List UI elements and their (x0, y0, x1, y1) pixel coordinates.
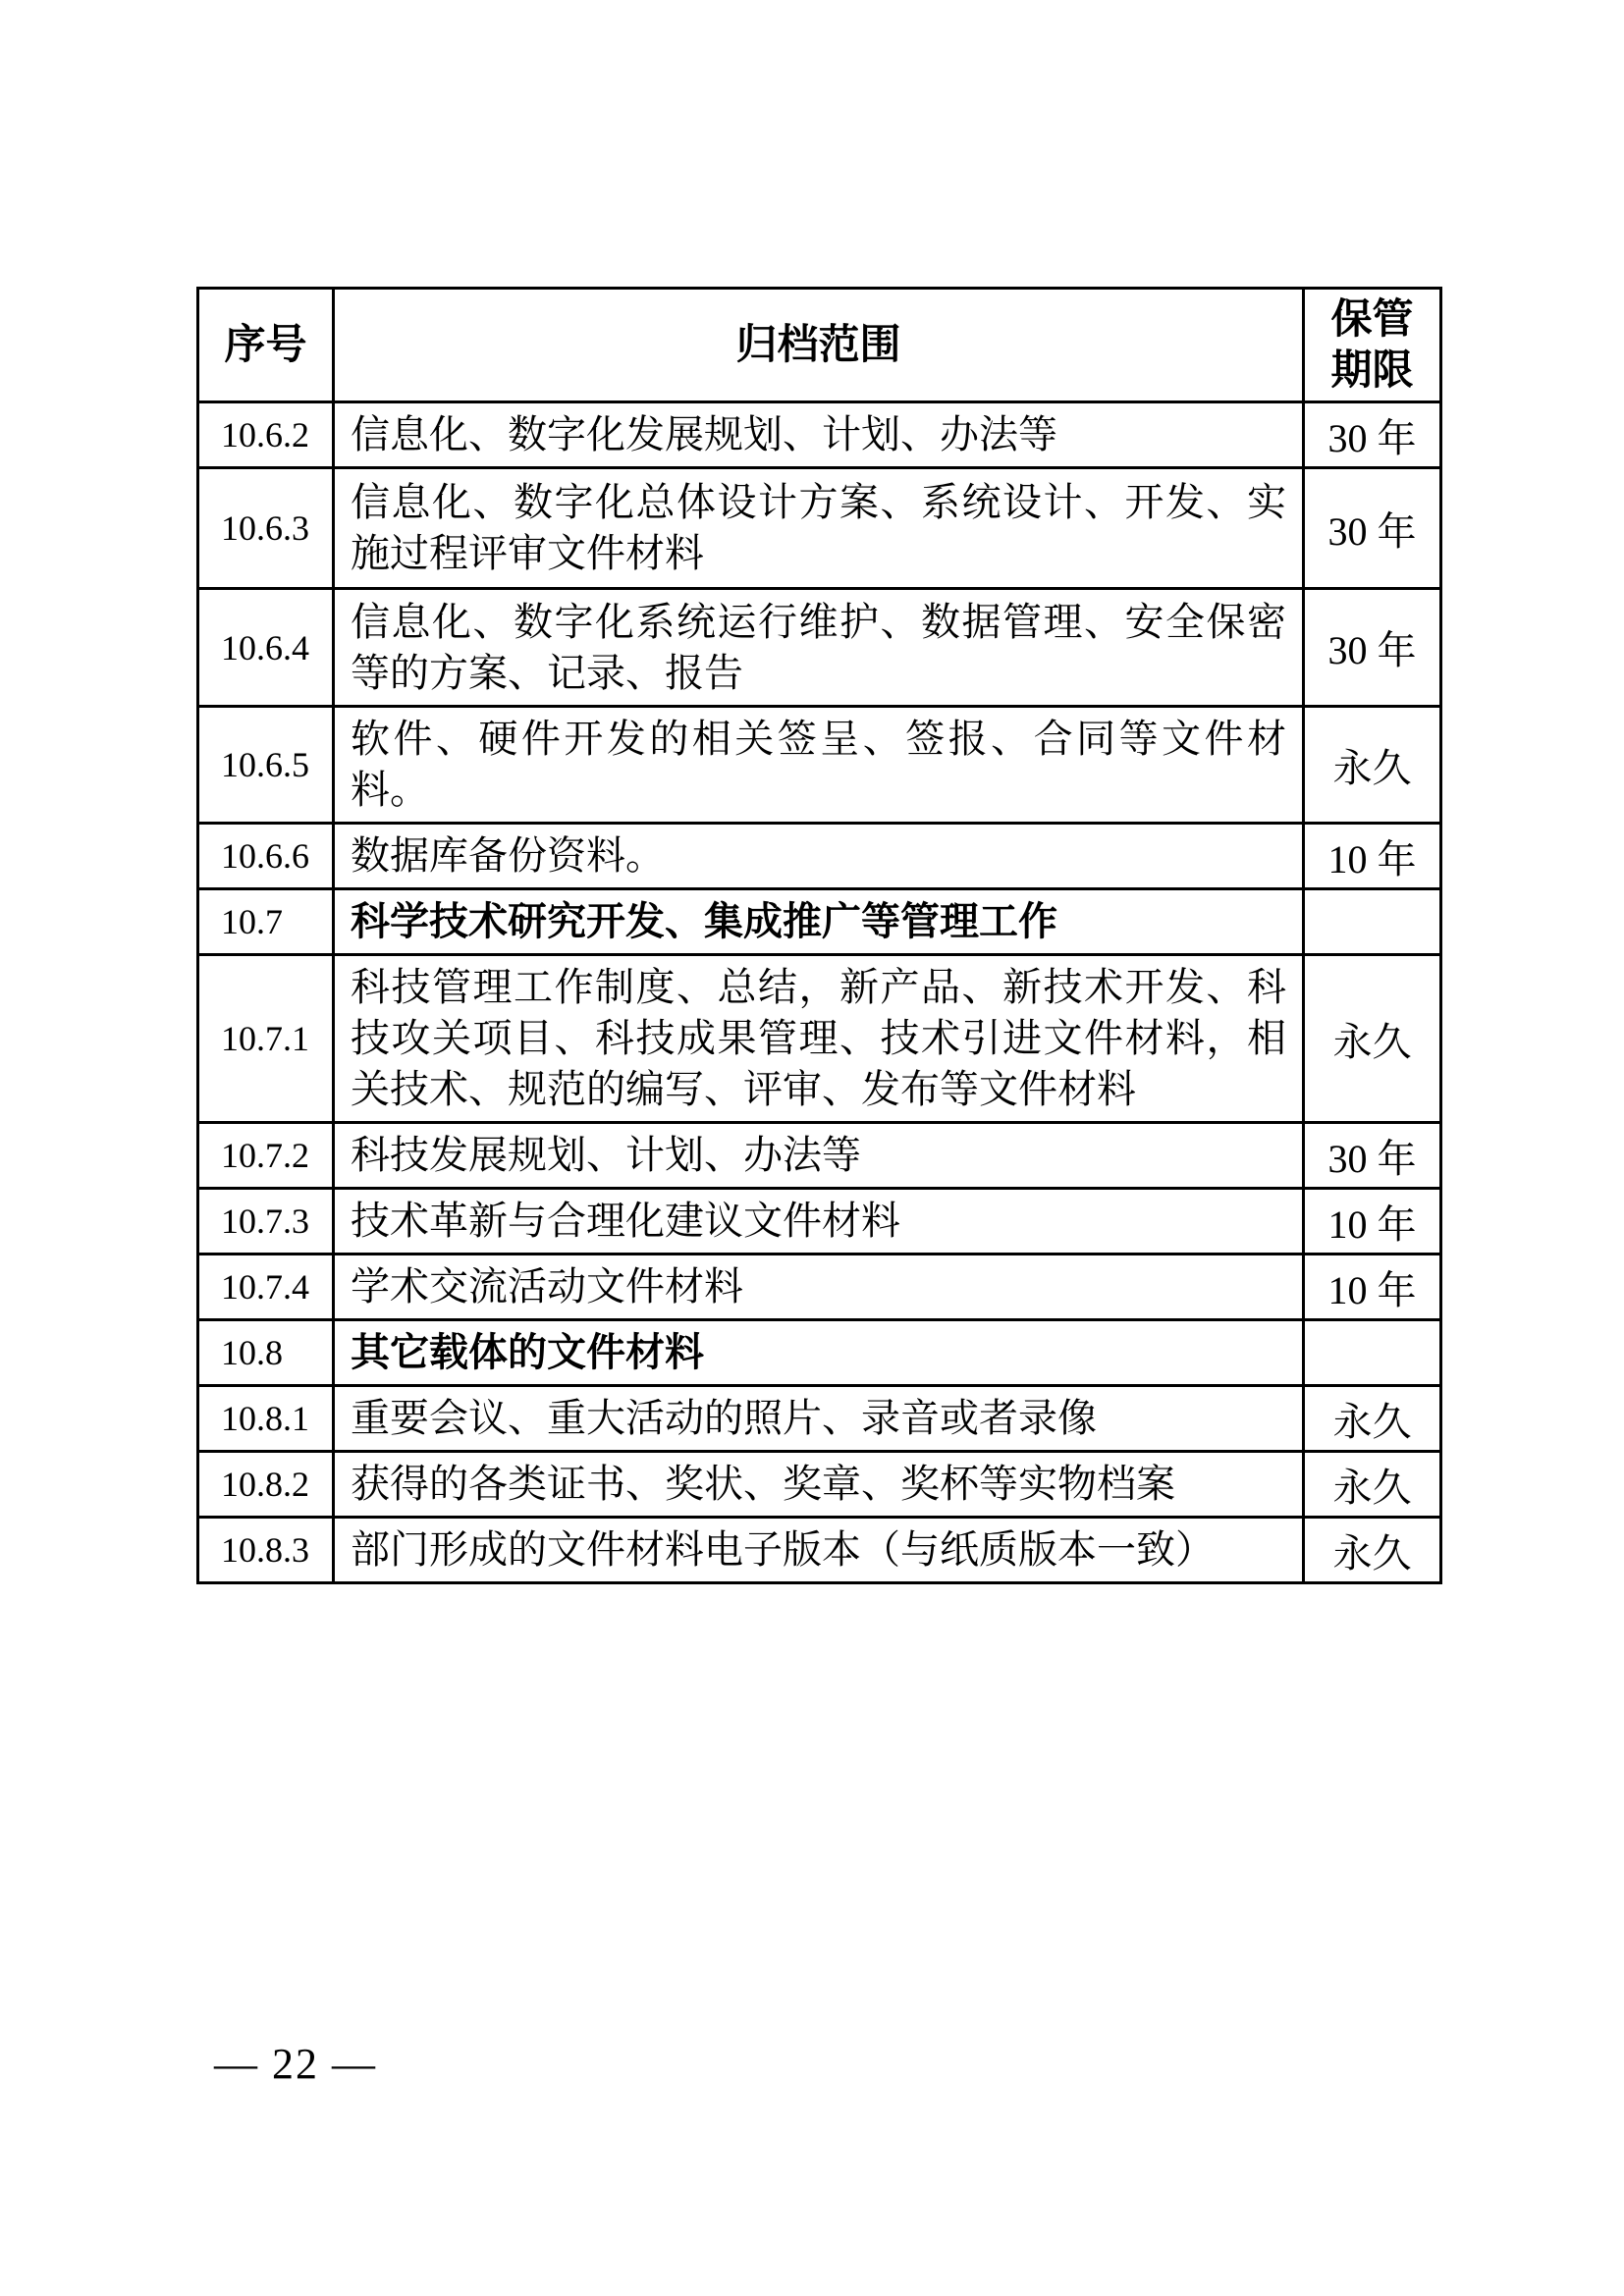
table-row: 10.6.2 信息化、数字化发展规划、计划、办法等 30 年 (198, 402, 1441, 468)
row-retention-period: 永久 (1304, 707, 1441, 824)
row-archive-scope: 学术交流活动文件材料 (334, 1255, 1304, 1320)
header-retention-line1: 保管 (1305, 294, 1439, 346)
header-archive-scope: 归档范围 (334, 289, 1304, 402)
table-row: 10.8.2 获得的各类证书、奖状、奖章、奖杯等实物档案 永久 (198, 1452, 1441, 1518)
row-archive-scope: 科学技术研究开发、集成推广等管理工作 (334, 889, 1304, 955)
archive-table: 序号 归档范围 保管 期限 10.6.2 信息化、数字化发展规划、计划、办法等 … (196, 287, 1442, 1584)
table-row: 10.7.2 科技发展规划、计划、办法等 30 年 (198, 1123, 1441, 1189)
row-archive-scope: 重要会议、重大活动的照片、录音或者录像 (334, 1386, 1304, 1452)
row-retention-period (1304, 1320, 1441, 1386)
row-serial-number: 10.7.3 (198, 1189, 334, 1255)
row-retention-period: 30 年 (1304, 1123, 1441, 1189)
table-row: 10.7.1 科技管理工作制度、总结，新产品、新技术开发、科技攻关项目、科技成果… (198, 955, 1441, 1123)
row-serial-number: 10.6.6 (198, 824, 334, 889)
row-archive-scope: 其它载体的文件材料 (334, 1320, 1304, 1386)
row-retention-period (1304, 889, 1441, 955)
row-serial-number: 10.8 (198, 1320, 334, 1386)
table-row: 10.8 其它载体的文件材料 (198, 1320, 1441, 1386)
row-archive-scope: 数据库备份资料。 (334, 824, 1304, 889)
header-serial-number: 序号 (198, 289, 334, 402)
page-number: — 22 — (214, 2040, 377, 2089)
row-serial-number: 10.6.2 (198, 402, 334, 468)
row-archive-scope: 信息化、数字化总体设计方案、系统设计、开发、实施过程评审文件材料 (334, 468, 1304, 589)
row-retention-period: 永久 (1304, 1386, 1441, 1452)
row-serial-number: 10.7.4 (198, 1255, 334, 1320)
header-retention-period: 保管 期限 (1304, 289, 1441, 402)
table-row: 10.8.3 部门形成的文件材料电子版本（与纸质版本一致） 永久 (198, 1518, 1441, 1583)
table-row: 10.6.3 信息化、数字化总体设计方案、系统设计、开发、实施过程评审文件材料 … (198, 468, 1441, 589)
table-row: 10.7 科学技术研究开发、集成推广等管理工作 (198, 889, 1441, 955)
row-retention-period: 10 年 (1304, 1189, 1441, 1255)
row-archive-scope: 科技管理工作制度、总结，新产品、新技术开发、科技攻关项目、科技成果管理、技术引进… (334, 955, 1304, 1123)
row-serial-number: 10.8.3 (198, 1518, 334, 1583)
table-row: 10.6.6 数据库备份资料。 10 年 (198, 824, 1441, 889)
table-row: 10.8.1 重要会议、重大活动的照片、录音或者录像 永久 (198, 1386, 1441, 1452)
row-retention-period: 30 年 (1304, 402, 1441, 468)
row-archive-scope: 科技发展规划、计划、办法等 (334, 1123, 1304, 1189)
table-header-row: 序号 归档范围 保管 期限 (198, 289, 1441, 402)
header-retention-line2: 期限 (1305, 346, 1439, 397)
row-retention-period: 10 年 (1304, 1255, 1441, 1320)
row-archive-scope: 信息化、数字化系统运行维护、数据管理、安全保密等的方案、记录、报告 (334, 589, 1304, 707)
row-archive-scope: 部门形成的文件材料电子版本（与纸质版本一致） (334, 1518, 1304, 1583)
table-row: 10.7.3 技术革新与合理化建议文件材料 10 年 (198, 1189, 1441, 1255)
row-retention-period: 30 年 (1304, 589, 1441, 707)
row-retention-period: 永久 (1304, 955, 1441, 1123)
row-serial-number: 10.8.2 (198, 1452, 334, 1518)
row-archive-scope: 软件、硬件开发的相关签呈、签报、合同等文件材料。 (334, 707, 1304, 824)
row-archive-scope: 技术革新与合理化建议文件材料 (334, 1189, 1304, 1255)
table-row: 10.7.4 学术交流活动文件材料 10 年 (198, 1255, 1441, 1320)
row-serial-number: 10.7.1 (198, 955, 334, 1123)
document-page: 序号 归档范围 保管 期限 10.6.2 信息化、数字化发展规划、计划、办法等 … (0, 0, 1624, 2296)
row-retention-period: 30 年 (1304, 468, 1441, 589)
row-serial-number: 10.6.5 (198, 707, 334, 824)
row-retention-period: 10 年 (1304, 824, 1441, 889)
table-row: 10.6.5 软件、硬件开发的相关签呈、签报、合同等文件材料。 永久 (198, 707, 1441, 824)
row-serial-number: 10.8.1 (198, 1386, 334, 1452)
row-archive-scope: 信息化、数字化发展规划、计划、办法等 (334, 402, 1304, 468)
row-retention-period: 永久 (1304, 1518, 1441, 1583)
row-serial-number: 10.6.3 (198, 468, 334, 589)
table-row: 10.6.4 信息化、数字化系统运行维护、数据管理、安全保密等的方案、记录、报告… (198, 589, 1441, 707)
row-archive-scope: 获得的各类证书、奖状、奖章、奖杯等实物档案 (334, 1452, 1304, 1518)
row-retention-period: 永久 (1304, 1452, 1441, 1518)
row-serial-number: 10.7.2 (198, 1123, 334, 1189)
row-serial-number: 10.6.4 (198, 589, 334, 707)
row-serial-number: 10.7 (198, 889, 334, 955)
